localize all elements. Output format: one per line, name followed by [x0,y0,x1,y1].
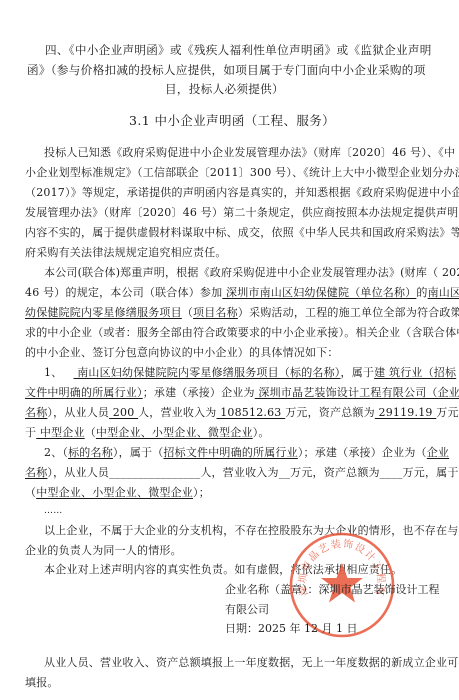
para2-line-3: 幼保健院院内零星修缮服务项目（项目名称）采购活动，工程的施工单位全部为符合政策要 [25,306,459,320]
item1-subject-name: 南山区妇幼保健院院内零星修缮服务项目（标的名称） [74,366,341,379]
para2-line-2: 46 号）的规定，本公司（联合体）参加 深圳市南山区妇幼保健院（单位名称）的南山… [25,286,459,300]
item1-industry: 建 筑行业（招标 [374,366,456,379]
item1-text: ；承建（承接）企业为 [143,386,255,399]
item1-company-name-cont: 名称 [25,406,47,419]
ellipsis: …… [44,504,62,518]
signature-company-label: 企业名称（盖章）： [225,583,319,596]
item1-line-1: 1、 南山区妇幼保健院院内零星修缮服务项目（标的名称），属于建 筑行业（招标 [44,366,456,380]
item1-staff-count: 200 [109,406,138,419]
para2-text: 的 [416,286,427,299]
paren: （ [85,426,96,439]
project-name-part2: 幼保健院院内零星修缮服务项目 [25,306,182,319]
section-heading-line-3: 目，投标人必须提供） [165,82,284,96]
item1-enterprise-size: 中型企业 [36,426,85,439]
para2-line-4: 求的中小企业（或者：服务全部由符合政策要求的中小企业承接）。相关企业（含联合体中 [25,326,459,340]
signature-company-line: 企业名称（盖章）：深圳市晶艺装饰设计工程 [225,583,440,597]
paren: ）。 [253,426,270,439]
item1-text: 人，营业收入为 [138,406,216,419]
item1-revenue: 108512.63 [217,406,286,419]
footnote-line-1: 从业人员、营业收入、资产总额填报上一年度数据，无上一年度数据的新成立企业可不 [44,656,459,670]
item1-industry-cont: 文件中明确的所属行业） [25,386,143,399]
item2-text: ）；承建（承接）企业为（ [298,446,427,459]
item2-subject-name: 标的名称 [68,446,113,459]
para1-line: 投标人已知悉《政府采购促进中小企业发展管理办法》（财库〔2020〕46 号）、《… [44,146,455,160]
item1-company-name: 深圳市晶艺装饰设计工程有限公司（企业 [255,386,459,399]
item1-text: 万元，资产总额为 [285,406,375,419]
item1-size-options: 中型企业、小型企业、微型企业 [96,426,253,439]
para1-line: 府采购有关法律法规规定追究相应责任。 [25,246,227,260]
item2-industry: 招标文件中明确的所属行业 [163,446,297,459]
item2-text: 万元，资产总额为 [290,466,380,479]
item2-text: ），属于（ [113,446,164,459]
project-name-part1: 南山区妇 [428,286,459,299]
declaration-title: 3.1 中小企业声明函（工程、服务） [129,114,335,128]
para3-line-2: 企业的负责人为同一人的情形。 [25,544,182,558]
item2-line-3: （中型企业、小型企业、微型企业）； [25,486,210,500]
para1-line: （2017）》等规定，承诺提供的声明函内容是真实的，并知悉根据《政府采购促进中小… [25,186,459,200]
item1-assets: 29119.19 [375,406,436,419]
project-name-label: 项目名称 [193,306,238,319]
para3-line-1: 以上企业，不属于大企业的分支机构，不存在控股股东为大企业的情形，也不存在与大 [44,524,459,538]
signature-date-line: 日期：2025 年 12 月 1 日 [225,622,357,636]
item2-line-1: 2、（标的名称），属于（招标文件中明确的所属行业）；承建（承接）企业为（企业 [44,446,449,460]
item2-line-2: 名称），从业人员________________人，营业收入为__万元，资产总额… [25,466,459,480]
section-heading-line-1: 四、《中小企业声明函》或《残疾人福利性单位声明函》或《监狱企业声明 [45,43,432,57]
item2-text: 人，营业收入为 [200,466,278,479]
item2-number: 2、（ [44,446,68,459]
para1-line: 内容不实的，属于提供虚假材料谋取中标、成交，依照《中华人民共和国政府采购法》等政 [25,226,459,240]
signature-date: 2025 年 12 月 1 日 [258,622,357,635]
item1-number: 1、 [44,366,62,379]
para2-line-1: 本公司(联合体)郑重声明，根据《政府采购促进中小企业发展管理办法》(财库（ 20… [44,266,459,280]
item1-line-4: 于 中型企业（中型企业、小型企业、微型企业）。 [25,426,270,440]
para2-line-5: 的中小企业、签订分包意向协议的中小企业）的具体情况如下： [25,346,339,360]
svg-text:· · · · · · ·: · · · · · · · [334,541,351,546]
item2-assets-blank: ____ [380,466,403,479]
item2-revenue-blank: __ [279,466,290,479]
item1-line-2: 文件中明确的所属行业）；承建（承接）企业为 深圳市晶艺装饰设计工程有限公司（企业 [25,386,459,400]
para1-line: 发展管理办法》（财库〔2020〕46 号）第二十条规定，供应商按照本办法规定提供… [25,206,459,220]
item1-text: 于 [25,426,36,439]
signature-date-label: 日期： [225,622,258,635]
item2-company-name: 企业 [427,446,449,459]
para2-text: ）采购活动，工程的施工单位全部为符合政策要 [238,306,459,319]
item2-text: 万元，属于 [403,466,459,479]
footnote-line-2: 填报。 [25,676,59,690]
paren: ）； [193,486,210,499]
item1-text: 万元，属 [436,406,459,419]
item2-size-options: 中型企业、小型企业、微型企业 [36,486,193,499]
signature-company-name-cont: 有限公司 [225,603,269,617]
item1-text: ），从业人员 [47,406,109,419]
document-page: 四、《中小企业声明函》或《残疾人福利性单位声明函》或《监狱企业声明 函》（参与价… [0,0,459,700]
item2-company-name-cont: 名称 [25,466,47,479]
section-heading-line-2: 函》（参与价格扣减的投标人应提供，如项目属于专门面向中小企业采购的项 [27,63,426,77]
para1-line: 小企业划型标准规定》（工信部联企〔2011〕300 号）、《统计上大中小微型企业… [25,166,459,180]
paren: （ [182,306,193,319]
item2-text: ），从业人员 [47,466,109,479]
item1-text: ，属于 [341,366,375,379]
paren: （ [25,486,36,499]
para2-text: 46 号）的规定，本公司（联合体）参加 [25,286,222,299]
item1-line-3: 名称），从业人员 200 人，营业收入为 108512.63 万元，资产总额为 … [25,406,459,420]
purchaser-unit-name: 深圳市南山区妇幼保健院（单位名称） [222,286,416,299]
signature-company-name: 深圳市晶艺装饰设计工程 [319,583,440,596]
item2-staff-blank: ________________ [109,466,200,479]
